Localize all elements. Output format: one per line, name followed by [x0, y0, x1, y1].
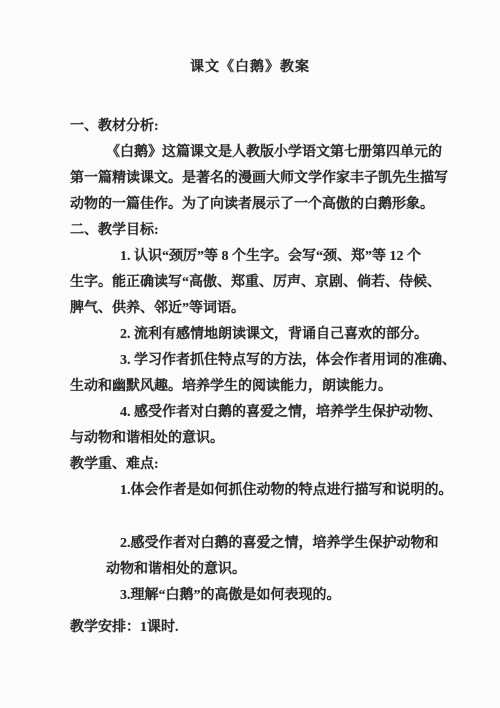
- doc-title: 课文《白鹅》教案: [70, 55, 430, 81]
- section-heading-material-analysis: 一、教材分析:: [70, 114, 430, 140]
- doc-line: 生字。能正确读写“高傲、郑重、厉声、京剧、倘若、侍候、: [70, 270, 430, 296]
- section-heading-key-points: 教学重、难点:: [70, 452, 430, 478]
- doc-line: 3.理解“白鹅”的高傲是如何表现的。: [120, 583, 430, 609]
- doc-line: 动物的一篇佳作。为了向读者展示了一个高傲的白鹅形象。: [70, 192, 430, 218]
- doc-line: 与动物和谐相处的意识。: [70, 426, 430, 452]
- doc-line: 动物和谐相处的意识。: [106, 557, 430, 583]
- section-heading-teaching-goals: 二、教学目标:: [70, 218, 430, 244]
- doc-line: 4. 感受作者对白鹅的喜爱之情，培养学生保护动物、: [120, 400, 430, 426]
- section-heading-schedule: 教学安排：1课时.: [70, 615, 430, 641]
- doc-line: 第一篇精读课文。是著名的漫画大师文学作家丰子凯先生描写: [70, 166, 430, 192]
- doc-line: 脾气、供养、邻近”等词语。: [70, 296, 430, 322]
- doc-line: 2. 流利有感情地朗读课文，背诵自己喜欢的部分。: [120, 322, 430, 348]
- doc-line: 2.感受作者对白鹅的喜爱之情，培养学生保护动物和: [120, 531, 430, 557]
- doc-line: 生动和幽默风趣。培养学生的阅读能力，朗读能力。: [70, 374, 430, 400]
- doc-line: 《白鹅》这篇课文是人教版小学语文第七册第四单元的: [106, 140, 430, 166]
- doc-line: 1. 认识“颈厉”等 8 个生字。会写“颈、郑”等 12 个: [120, 244, 430, 270]
- doc-line: 1.体会作者是如何抓住动物的特点进行描写和说明的。: [120, 478, 430, 504]
- doc-line: 3. 学习作者抓住特点写的方法，体会作者用词的准确、: [120, 348, 430, 374]
- document-page: 课文《白鹅》教案 一、教材分析: 《白鹅》这篇课文是人教版小学语文第七册第四单元…: [0, 0, 500, 708]
